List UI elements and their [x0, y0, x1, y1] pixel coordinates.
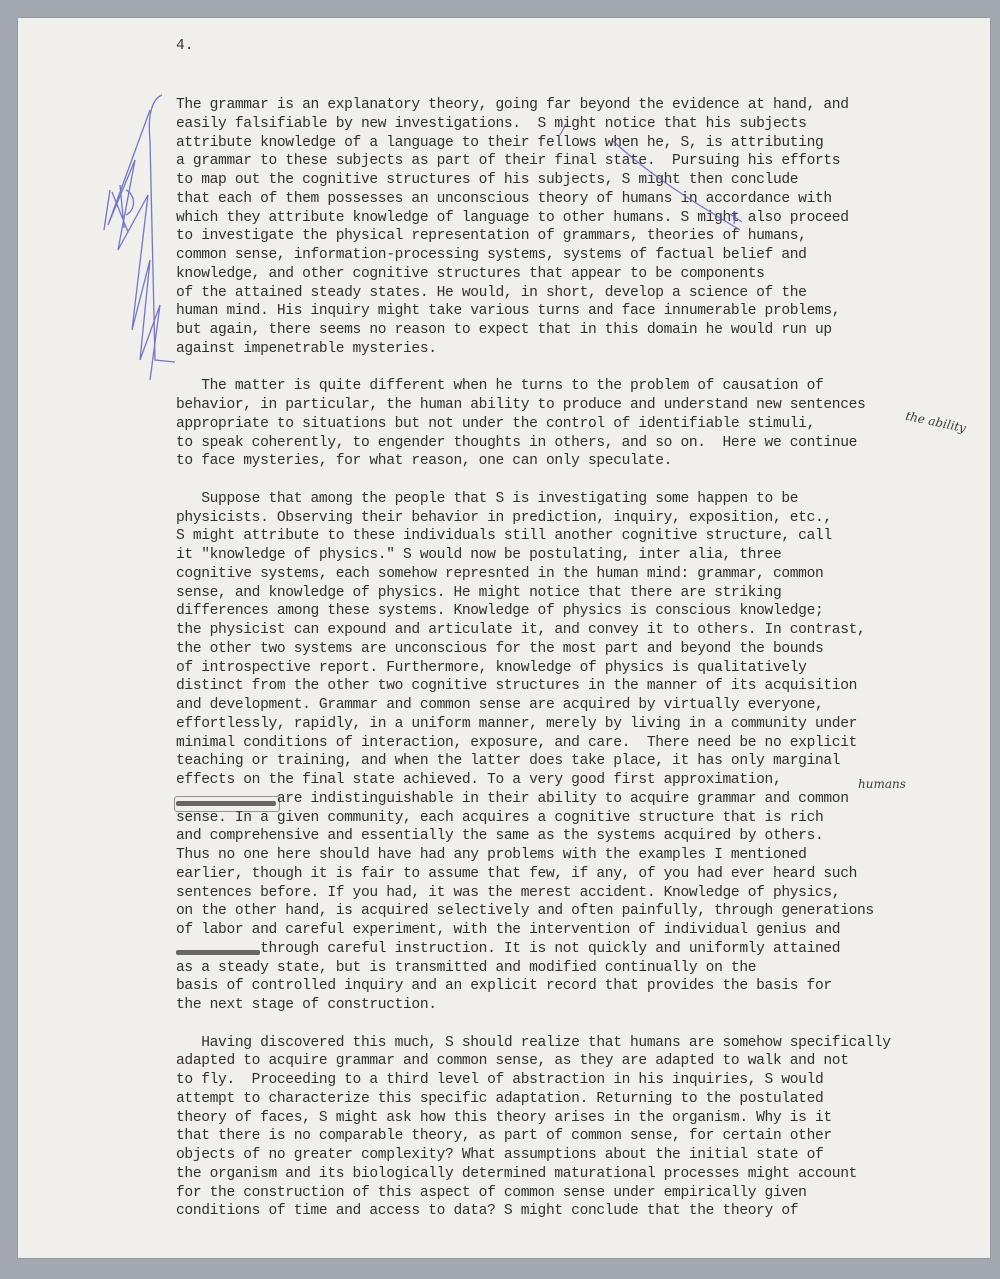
- text-line: of labor and careful experiment, with th…: [176, 921, 976, 940]
- text-line: distinct from the other two cognitive st…: [176, 677, 976, 696]
- text-line: objects of no greater complexity? What a…: [176, 1146, 976, 1165]
- text-line: that each of them possesses an unconscio…: [176, 190, 976, 209]
- text-line: The grammar is an explanatory theory, go…: [176, 96, 976, 115]
- text-line: sentences before. If you had, it was the…: [176, 884, 976, 903]
- text-line: attempt to characterize this specific ad…: [176, 1090, 976, 1109]
- text-line: to map out the cognitive structures of h…: [176, 171, 976, 190]
- text-line: cognitive systems, each somehow represnt…: [176, 565, 976, 584]
- text-line: effortlessly, rapidly, in a uniform mann…: [176, 715, 976, 734]
- text-line: through careful instruction. It is not q…: [176, 940, 976, 959]
- text-line: easily falsifiable by new investigations…: [176, 115, 976, 134]
- paragraph-gap: [176, 359, 976, 378]
- paragraph-gap: [176, 1015, 976, 1034]
- text-line: attribute knowledge of a language to the…: [176, 134, 976, 153]
- text-line: to face mysteries, for what reason, one …: [176, 452, 976, 471]
- document-body: The grammar is an explanatory theory, go…: [176, 96, 976, 1221]
- text-line: theory of faces, S might ask how this th…: [176, 1109, 976, 1128]
- text-line: the physicist can expound and articulate…: [176, 621, 976, 640]
- text-line: effects on the final state achieved. To …: [176, 771, 976, 790]
- text-line: differences among these systems. Knowled…: [176, 602, 976, 621]
- text-line: of introspective report. Furthermore, kn…: [176, 659, 976, 678]
- text-line: human mind. His inquiry might take vario…: [176, 302, 976, 321]
- paragraph-gap: [176, 471, 976, 490]
- text-line: the organism and its biologically determ…: [176, 1165, 976, 1184]
- text-line: which they attribute knowledge of langua…: [176, 209, 976, 228]
- text-line: teaching or training, and when the latte…: [176, 752, 976, 771]
- text-line: knowledge, and other cognitive structure…: [176, 265, 976, 284]
- text-line: earlier, though it is fair to assume tha…: [176, 865, 976, 884]
- text-line: to fly. Proceeding to a third level of a…: [176, 1071, 976, 1090]
- text-line: against impenetrable mysteries.: [176, 340, 976, 359]
- text-line: and development. Grammar and common sens…: [176, 696, 976, 715]
- text-line: a grammar to these subjects as part of t…: [176, 152, 976, 171]
- text-line: basis of controlled inquiry and an expli…: [176, 977, 976, 996]
- text-line: for the construction of this aspect of c…: [176, 1184, 976, 1203]
- paragraph: The grammar is an explanatory theory, go…: [176, 96, 976, 359]
- text-line: appropriate to situations but not under …: [176, 415, 976, 434]
- text-line: conditions of time and access to data? S…: [176, 1202, 976, 1221]
- text-line: physicists. Observing their behavior in …: [176, 509, 976, 528]
- text-line: behavior, in particular, the human abili…: [176, 396, 976, 415]
- text-line: adapted to acquire grammar and common se…: [176, 1052, 976, 1071]
- text-line: common sense, information-processing sys…: [176, 246, 976, 265]
- paragraph: Suppose that among the people that S is …: [176, 490, 976, 1015]
- text-line: and comprehensive and essentially the sa…: [176, 827, 976, 846]
- handwritten-replacement: humans: [858, 777, 906, 791]
- text-line: it "knowledge of physics." S would now b…: [176, 546, 976, 565]
- strikethrough-mark: [176, 801, 276, 806]
- text-line: are indistinguishable in their ability t…: [176, 790, 976, 809]
- text-line: The matter is quite different when he tu…: [176, 377, 976, 396]
- text-line: Having discovered this much, S should re…: [176, 1034, 976, 1053]
- text-line: the other two systems are unconscious fo…: [176, 640, 976, 659]
- text-line: of the attained steady states. He would,…: [176, 284, 976, 303]
- text-line: sense, and knowledge of physics. He migh…: [176, 584, 976, 603]
- paragraph: The matter is quite different when he tu…: [176, 377, 976, 471]
- text-line: that there is no comparable theory, as p…: [176, 1127, 976, 1146]
- text-line: the next stage of construction.: [176, 996, 976, 1015]
- text-line: on the other hand, is acquired selective…: [176, 902, 976, 921]
- text-line: Thus no one here should have had any pro…: [176, 846, 976, 865]
- strikethrough-mark: [176, 950, 260, 955]
- text-line: sense. In a given community, each acquir…: [176, 809, 976, 828]
- paragraph: Having discovered this much, S should re…: [176, 1034, 976, 1222]
- text-line: to investigate the physical representati…: [176, 227, 976, 246]
- page-number: 4.: [176, 38, 193, 54]
- text-line: but again, there seems no reason to expe…: [176, 321, 976, 340]
- text-line: Suppose that among the people that S is …: [176, 490, 976, 509]
- text-line: minimal conditions of interaction, expos…: [176, 734, 976, 753]
- text-line: S might attribute to these individuals s…: [176, 527, 976, 546]
- text-line: to speak coherently, to engender thought…: [176, 434, 976, 453]
- text-line: as a steady state, but is transmitted an…: [176, 959, 976, 978]
